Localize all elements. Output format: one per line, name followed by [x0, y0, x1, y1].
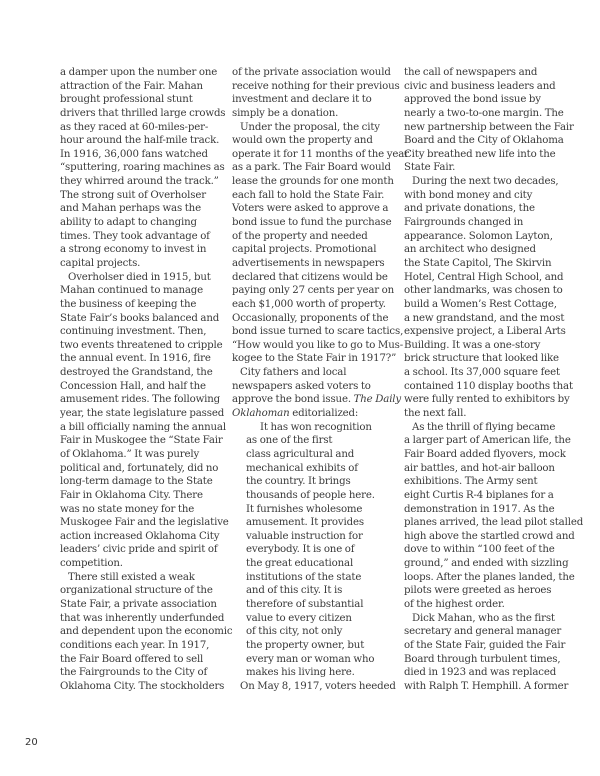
- text-line: Hotel, Central High School, and: [404, 271, 576, 285]
- line-text: approved the bond issue by: [404, 94, 541, 105]
- text-line: Occasionally, proponents of the: [232, 312, 404, 326]
- text-line: City fathers and local: [232, 366, 404, 380]
- line-text: high above the startled crowd and: [404, 531, 575, 542]
- text-line: high above the startled crowd and: [404, 530, 576, 544]
- text-line: Overholser died in 1915, but: [60, 271, 232, 285]
- text-line: Voters were asked to approve a: [232, 202, 404, 216]
- line-text: each $1,000 worth of property.: [232, 299, 386, 310]
- line-text: a damper upon the number one: [60, 67, 217, 78]
- line-text: long-term damage to the State: [60, 476, 213, 487]
- line-text: As the thrill of flying became: [412, 422, 555, 433]
- text-line: dove to within “100 feet of the: [404, 543, 576, 557]
- line-text: demonstration in 1917. As the: [404, 504, 554, 515]
- line-text: year, the state legislature passed: [60, 408, 224, 419]
- line-text: State Fair.: [404, 162, 455, 173]
- line-text: Occasionally, proponents of the: [232, 313, 388, 324]
- line-text: advertisements in newspapers: [232, 258, 385, 269]
- line-text: as they raced at 60-miles-per-: [60, 122, 208, 133]
- line-text: “How would you like to go to Mus-: [232, 340, 403, 351]
- line-text: a bill officially naming the annual: [60, 422, 226, 433]
- text-line: was no state money for the: [60, 503, 232, 517]
- text-line: pilots were greeted as heroes: [404, 584, 576, 598]
- line-text: every man or woman who: [246, 654, 374, 665]
- text-line: approve the bond issue. The Daily: [232, 393, 404, 407]
- text-line: hour around the half-mile track.: [60, 134, 232, 148]
- text-line: Under the proposal, the city: [232, 121, 404, 135]
- text-line: operate it for 11 months of the year: [232, 148, 404, 162]
- text-line: the Fairgrounds to the City of: [60, 666, 232, 680]
- text-column-3: the call of newspapers andcivic and busi…: [404, 66, 576, 693]
- line-text: competition.: [60, 558, 123, 569]
- line-text: lease the grounds for one month: [232, 176, 394, 187]
- line-text: approve the bond issue.: [232, 394, 354, 405]
- text-line: City breathed new life into the: [404, 148, 576, 162]
- line-text: the annual event. In 1916, fire: [60, 353, 211, 364]
- text-line: and Mahan perhaps was the: [60, 202, 232, 216]
- line-text: the next fall.: [404, 408, 466, 419]
- line-text: new partnership between the Fair: [404, 122, 574, 133]
- text-line: simply be a donation.: [232, 107, 404, 121]
- italic-text: Oklahoman: [232, 408, 290, 419]
- text-line: organizational structure of the: [60, 584, 232, 598]
- line-text: Overholser died in 1915, but: [68, 272, 211, 283]
- page-number: 20: [25, 737, 38, 748]
- line-text: of the property and needed: [232, 231, 368, 242]
- text-line: The strong suit of Overholser: [60, 189, 232, 203]
- text-line: Fairgrounds changed in: [404, 216, 576, 230]
- line-text: the State Capitol, The Skirvin: [404, 258, 551, 269]
- text-column-1: a damper upon the number oneattraction o…: [60, 66, 232, 693]
- line-text: therefore of substantial: [246, 599, 363, 610]
- line-text: Fairgrounds changed in: [404, 217, 523, 228]
- line-text: It has won recognition: [260, 422, 372, 433]
- line-text: of the State Fair, guided the Fair: [404, 640, 565, 651]
- text-line: “sputtering, roaring machines as: [60, 161, 232, 175]
- text-line: State Fair, a private association: [60, 598, 232, 612]
- line-text: value to every citizen: [246, 613, 352, 624]
- text-line: attraction of the Fair. Mahan: [60, 80, 232, 94]
- line-text: the Fair Board offered to sell: [60, 654, 203, 665]
- text-line: Oklahoma City. The stockholders: [60, 680, 232, 694]
- text-line: brick structure that looked like: [404, 352, 576, 366]
- text-line: On May 8, 1917, voters heeded: [232, 680, 404, 694]
- text-line: of this city, not only: [232, 625, 404, 639]
- text-line: Building. It was a one-story: [404, 339, 576, 353]
- line-text: editorialized:: [290, 408, 359, 419]
- text-line: exhibitions. The Army sent: [404, 475, 576, 489]
- text-line: Fair in Muskogee the “State Fair: [60, 434, 232, 448]
- text-line: and private donations, the: [404, 202, 576, 216]
- line-text: ability to adapt to changing: [60, 217, 197, 228]
- text-line: a larger part of American life, the: [404, 434, 576, 448]
- line-text: organizational structure of the: [60, 585, 213, 596]
- text-line: Dick Mahan, who as the first: [404, 612, 576, 626]
- line-text: was no state money for the: [60, 504, 194, 515]
- document-page: a damper upon the number oneattraction o…: [0, 0, 600, 776]
- line-text: mechanical exhibits of: [246, 463, 358, 474]
- line-text: Oklahoma City. The stockholders: [60, 681, 224, 692]
- line-text: action increased Oklahoma City: [60, 531, 219, 542]
- line-text: declared that citizens would be: [232, 272, 388, 283]
- text-line: action increased Oklahoma City: [60, 530, 232, 544]
- text-line: continuing investment. Then,: [60, 325, 232, 339]
- line-text: political and, fortunately, did no: [60, 463, 218, 474]
- text-line: two events threatened to cripple: [60, 339, 232, 353]
- text-line: died in 1923 and was replaced: [404, 666, 576, 680]
- text-line: “How would you like to go to Mus-: [232, 339, 404, 353]
- line-text: they whirred around the track.”: [60, 176, 219, 187]
- text-line: destroyed the Grandstand, the: [60, 366, 232, 380]
- text-line: valuable instruction for: [232, 530, 404, 544]
- line-text: drivers that thrilled large crowds: [60, 108, 225, 119]
- text-line: competition.: [60, 557, 232, 571]
- line-text: pilots were greeted as heroes: [404, 585, 551, 596]
- text-line: Muskogee Fair and the legislative: [60, 516, 232, 530]
- line-text: Concession Hall, and half the: [60, 381, 206, 392]
- text-line: Fair Board added flyovers, mock: [404, 448, 576, 462]
- line-text: nearly a two-to-one margin. The: [404, 108, 564, 119]
- text-line: conditions each year. In 1917,: [60, 639, 232, 653]
- line-text: Muskogee Fair and the legislative: [60, 517, 229, 528]
- text-line: demonstration in 1917. As the: [404, 503, 576, 517]
- text-line: leaders’ civic pride and spirit of: [60, 543, 232, 557]
- line-text: air battles, and hot-air balloon: [404, 463, 555, 474]
- line-text: valuable instruction for: [246, 531, 363, 542]
- line-text: hour around the half-mile track.: [60, 135, 219, 146]
- text-line: and dependent upon the economic: [60, 625, 232, 639]
- line-text: leaders’ civic pride and spirit of: [60, 544, 218, 555]
- line-text: continuing investment. Then,: [60, 326, 206, 337]
- text-line: mechanical exhibits of: [232, 462, 404, 476]
- text-line: political and, fortunately, did no: [60, 462, 232, 476]
- line-text: City breathed new life into the: [404, 149, 556, 160]
- line-text: kogee to the State Fair in 1917?”: [232, 353, 396, 364]
- text-line: Fair in Oklahoma City. There: [60, 489, 232, 503]
- text-line: newspapers asked voters to: [232, 380, 404, 394]
- line-text: Building. It was a one-story: [404, 340, 540, 351]
- text-line: institutions of the state: [232, 571, 404, 585]
- text-line: thousands of people here.: [232, 489, 404, 503]
- text-line: other landmarks, was chosen to: [404, 284, 576, 298]
- text-line: During the next two decades,: [404, 175, 576, 189]
- line-text: brought professional stunt: [60, 94, 193, 105]
- text-line: of the private association would: [232, 66, 404, 80]
- text-line: every man or woman who: [232, 653, 404, 667]
- text-line: the Fair Board offered to sell: [60, 653, 232, 667]
- line-text: times. They took advantage of: [60, 231, 210, 242]
- line-text: There still existed a weak: [68, 572, 195, 583]
- text-line: with bond money and city: [404, 189, 576, 203]
- text-line: each $1,000 worth of property.: [232, 298, 404, 312]
- text-line: as one of the first: [232, 434, 404, 448]
- line-text: were fully rented to exhibitors by: [404, 394, 570, 405]
- text-line: of the property and needed: [232, 230, 404, 244]
- line-text: a strong economy to invest in: [60, 244, 206, 255]
- line-text: secretary and general manager: [404, 626, 561, 637]
- text-line: a strong economy to invest in: [60, 243, 232, 257]
- line-text: civic and business leaders and: [404, 81, 555, 92]
- line-text: the business of keeping the: [60, 299, 196, 310]
- text-line: declared that citizens would be: [232, 271, 404, 285]
- text-line: secretary and general manager: [404, 625, 576, 639]
- line-text: of the highest order.: [404, 599, 505, 610]
- line-text: City fathers and local: [240, 367, 346, 378]
- line-text: conditions each year. In 1917,: [60, 640, 209, 651]
- line-text: Board and the City of Oklahoma: [404, 135, 564, 146]
- line-text: operate it for 11 months of the year: [232, 149, 409, 160]
- text-line: In 1916, 36,000 fans watched: [60, 148, 232, 162]
- text-line: the country. It brings: [232, 475, 404, 489]
- text-line: would own the property and: [232, 134, 404, 148]
- line-text: of this city, not only: [246, 626, 342, 637]
- text-line: class agricultural and: [232, 448, 404, 462]
- text-line: value to every citizen: [232, 612, 404, 626]
- text-line: Mahan continued to manage: [60, 284, 232, 298]
- text-line: were fully rented to exhibitors by: [404, 393, 576, 407]
- line-text: planes arrived, the lead pilot stalled: [404, 517, 583, 528]
- text-line: new partnership between the Fair: [404, 121, 576, 135]
- text-line: paying only 27 cents per year on: [232, 284, 404, 298]
- line-text: Mahan continued to manage: [60, 285, 203, 296]
- line-text: Hotel, Central High School, and: [404, 272, 563, 283]
- line-text: Voters were asked to approve a: [232, 203, 388, 214]
- line-text: During the next two decades,: [412, 176, 559, 187]
- italic-text: The Daily: [354, 394, 401, 405]
- line-text: attraction of the Fair. Mahan: [60, 81, 203, 92]
- line-text: thousands of people here.: [246, 490, 375, 501]
- text-line: capital projects.: [60, 257, 232, 271]
- text-line: expensive project, a Liberal Arts: [404, 325, 576, 339]
- line-text: bond issue to fund the purchase: [232, 217, 391, 228]
- text-line: the next fall.: [404, 407, 576, 421]
- line-text: Fair in Muskogee the “State Fair: [60, 435, 223, 446]
- line-text: the property owner, but: [246, 640, 364, 651]
- line-text: as a park. The Fair Board would: [232, 162, 391, 173]
- line-text: institutions of the state: [246, 572, 361, 583]
- line-text: and private donations, the: [404, 203, 535, 214]
- line-text: the great educational: [246, 558, 353, 569]
- text-line: advertisements in newspapers: [232, 257, 404, 271]
- text-line: as a park. The Fair Board would: [232, 161, 404, 175]
- line-text: with Ralph T. Hemphill. A former: [404, 681, 568, 692]
- line-text: ground,” and ended with sizzling: [404, 558, 568, 569]
- line-text: class agricultural and: [246, 449, 354, 460]
- line-text: Fair Board added flyovers, mock: [404, 449, 566, 460]
- line-text: loops. After the planes landed, the: [404, 572, 575, 583]
- line-text: capital projects.: [60, 258, 140, 269]
- line-text: amusement rides. The following: [60, 394, 220, 405]
- line-text: that was inherently underfunded: [60, 613, 224, 624]
- line-text: investment and declare it to: [232, 94, 372, 105]
- line-text: dove to within “100 feet of the: [404, 544, 555, 555]
- line-text: build a Women’s Rest Cottage,: [404, 299, 557, 310]
- text-line: ability to adapt to changing: [60, 216, 232, 230]
- text-line: kogee to the State Fair in 1917?”: [232, 352, 404, 366]
- line-text: “sputtering, roaring machines as: [60, 162, 225, 173]
- text-line: the property owner, but: [232, 639, 404, 653]
- text-line: There still existed a weak: [60, 571, 232, 585]
- line-text: a school. Its 37,000 square feet: [404, 367, 560, 378]
- text-line: the State Capitol, The Skirvin: [404, 257, 576, 271]
- text-line: Oklahoman editorialized:: [232, 407, 404, 421]
- line-text: capital projects. Promotional: [232, 244, 376, 255]
- text-line: eight Curtis R-4 biplanes for a: [404, 489, 576, 503]
- line-text: everybody. It is one of: [246, 544, 354, 555]
- text-line: approved the bond issue by: [404, 93, 576, 107]
- text-line: everybody. It is one of: [232, 543, 404, 557]
- line-text: destroyed the Grandstand, the: [60, 367, 213, 378]
- line-text: and Mahan perhaps was the: [60, 203, 201, 214]
- text-line: bond issue to fund the purchase: [232, 216, 404, 230]
- text-line: year, the state legislature passed: [60, 407, 232, 421]
- text-line: lease the grounds for one month: [232, 175, 404, 189]
- line-text: as one of the first: [246, 435, 332, 446]
- text-line: ground,” and ended with sizzling: [404, 557, 576, 571]
- line-text: would own the property and: [232, 135, 373, 146]
- line-text: bond issue turned to scare tactics,: [232, 326, 403, 337]
- text-line: a school. Its 37,000 square feet: [404, 366, 576, 380]
- text-line: build a Women’s Rest Cottage,: [404, 298, 576, 312]
- text-line: times. They took advantage of: [60, 230, 232, 244]
- text-line: the call of newspapers and: [404, 66, 576, 80]
- text-line: a new grandstand, and the most: [404, 312, 576, 326]
- line-text: simply be a donation.: [232, 108, 338, 119]
- text-line: receive nothing for their previous: [232, 80, 404, 94]
- line-text: paying only 27 cents per year on: [232, 285, 394, 296]
- line-text: Fair in Oklahoma City. There: [60, 490, 203, 501]
- text-line: they whirred around the track.”: [60, 175, 232, 189]
- text-line: air battles, and hot-air balloon: [404, 462, 576, 476]
- line-text: On May 8, 1917, voters heeded: [240, 681, 396, 692]
- line-text: State Fair’s books balanced and: [60, 313, 219, 324]
- line-text: Under the proposal, the city: [240, 122, 380, 133]
- text-line: of the State Fair, guided the Fair: [404, 639, 576, 653]
- text-column-2: of the private association wouldreceive …: [232, 66, 404, 693]
- text-line: the annual event. In 1916, fire: [60, 352, 232, 366]
- line-text: each fall to hold the State Fair.: [232, 190, 384, 201]
- text-line: Concession Hall, and half the: [60, 380, 232, 394]
- line-text: The strong suit of Overholser: [60, 190, 206, 201]
- line-text: newspapers asked voters to: [232, 381, 371, 392]
- line-text: with bond money and city: [404, 190, 532, 201]
- text-line: As the thrill of flying became: [404, 421, 576, 435]
- text-line: the business of keeping the: [60, 298, 232, 312]
- text-line: capital projects. Promotional: [232, 243, 404, 257]
- line-text: and of this city. It is: [246, 585, 342, 596]
- text-line: nearly a two-to-one margin. The: [404, 107, 576, 121]
- line-text: two events threatened to cripple: [60, 340, 222, 351]
- text-line: Board through turbulent times,: [404, 653, 576, 667]
- text-line: It has won recognition: [232, 421, 404, 435]
- line-text: of the private association would: [232, 67, 391, 78]
- line-text: a new grandstand, and the most: [404, 313, 564, 324]
- text-line: drivers that thrilled large crowds: [60, 107, 232, 121]
- line-text: expensive project, a Liberal Arts: [404, 326, 566, 337]
- text-line: that was inherently underfunded: [60, 612, 232, 626]
- text-line: of the highest order.: [404, 598, 576, 612]
- line-text: exhibitions. The Army sent: [404, 476, 537, 487]
- text-line: of Oklahoma.” It was purely: [60, 448, 232, 462]
- line-text: died in 1923 and was replaced: [404, 667, 556, 678]
- text-line: a damper upon the number one: [60, 66, 232, 80]
- text-line: planes arrived, the lead pilot stalled: [404, 516, 576, 530]
- line-text: In 1916, 36,000 fans watched: [60, 149, 208, 160]
- text-line: bond issue turned to scare tactics,: [232, 325, 404, 339]
- text-line: It furnishes wholesome: [232, 503, 404, 517]
- text-line: a bill officially naming the annual: [60, 421, 232, 435]
- text-line: Board and the City of Oklahoma: [404, 134, 576, 148]
- text-line: therefore of substantial: [232, 598, 404, 612]
- text-line: each fall to hold the State Fair.: [232, 189, 404, 203]
- line-text: contained 110 display booths that: [404, 381, 573, 392]
- text-line: brought professional stunt: [60, 93, 232, 107]
- text-line: with Ralph T. Hemphill. A former: [404, 680, 576, 694]
- text-line: appearance. Solomon Layton,: [404, 230, 576, 244]
- text-line: amusement. It provides: [232, 516, 404, 530]
- text-line: and of this city. It is: [232, 584, 404, 598]
- text-line: State Fair.: [404, 161, 576, 175]
- line-text: eight Curtis R-4 biplanes for a: [404, 490, 554, 501]
- line-text: other landmarks, was chosen to: [404, 285, 563, 296]
- line-text: an architect who designed: [404, 244, 536, 255]
- line-text: of Oklahoma.” It was purely: [60, 449, 199, 460]
- line-text: receive nothing for their previous: [232, 81, 400, 92]
- text-line: investment and declare it to: [232, 93, 404, 107]
- line-text: and dependent upon the economic: [60, 626, 232, 637]
- text-line: as they raced at 60-miles-per-: [60, 121, 232, 135]
- line-text: It furnishes wholesome: [246, 504, 362, 515]
- line-text: amusement. It provides: [246, 517, 364, 528]
- text-line: long-term damage to the State: [60, 475, 232, 489]
- line-text: brick structure that looked like: [404, 353, 559, 364]
- line-text: Dick Mahan, who as the first: [412, 613, 555, 624]
- text-line: amusement rides. The following: [60, 393, 232, 407]
- line-text: the call of newspapers and: [404, 67, 537, 78]
- line-text: Board through turbulent times,: [404, 654, 560, 665]
- text-line: State Fair’s books balanced and: [60, 312, 232, 326]
- line-text: the Fairgrounds to the City of: [60, 667, 207, 678]
- text-line: civic and business leaders and: [404, 80, 576, 94]
- text-line: makes his living here.: [232, 666, 404, 680]
- line-text: the country. It brings: [246, 476, 351, 487]
- text-line: the great educational: [232, 557, 404, 571]
- line-text: State Fair, a private association: [60, 599, 217, 610]
- text-line: loops. After the planes landed, the: [404, 571, 576, 585]
- text-line: an architect who designed: [404, 243, 576, 257]
- text-line: contained 110 display booths that: [404, 380, 576, 394]
- line-text: a larger part of American life, the: [404, 435, 571, 446]
- line-text: appearance. Solomon Layton,: [404, 231, 553, 242]
- line-text: makes his living here.: [246, 667, 355, 678]
